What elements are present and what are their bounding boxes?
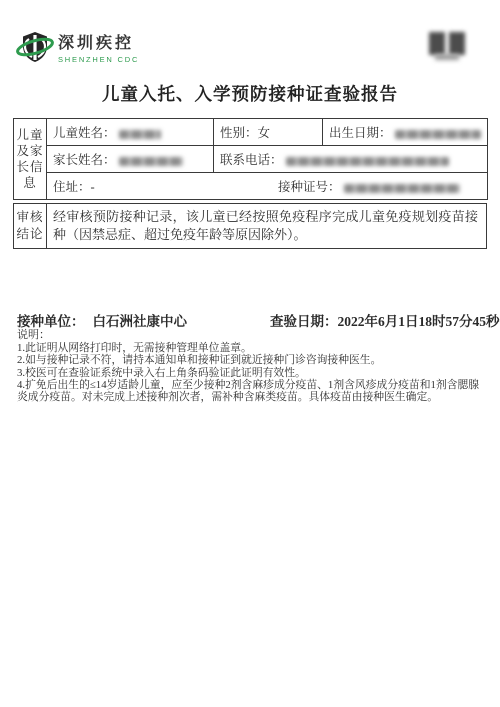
phone-label: 联系电话：	[220, 153, 283, 167]
side-header-line: 儿童	[14, 127, 46, 143]
parent-name-redacted-value	[119, 157, 183, 166]
side-header-line: 息	[14, 175, 46, 191]
side-header-line: 审核	[14, 209, 46, 226]
audit-conclusion-table: 审核 结论 经审核预防接种记录，该儿童已经按照免疫程序完成儿童免疫规划疫苗接种（…	[13, 203, 487, 249]
birth-date-redacted-value	[395, 130, 481, 139]
table-row: 家长姓名： 联系电话：	[14, 146, 488, 173]
stamp-shadow	[435, 54, 459, 60]
note-item: 2.如与接种记录不符，请持本通知单和接种证到就近接种门诊咨询接种医生。	[17, 354, 486, 366]
birth-date-label: 出生日期：	[329, 126, 392, 140]
table-row: 儿童 及家 长信 息 儿童姓名： 性别：女 出生日期：	[14, 119, 488, 146]
cert-no-redacted-value	[344, 184, 460, 193]
gender-value: 女	[258, 126, 271, 140]
notes-heading: 说明：	[17, 329, 486, 342]
cdc-logo-text: 深圳疾控 SHENZHEN CDC	[58, 30, 139, 64]
scanned-report-page: { "colors": { "accent_green": "#2e9b4e",…	[0, 0, 500, 707]
redacted-barcode-stamp	[427, 32, 469, 62]
cert-no-label: 接种证号：	[278, 180, 341, 194]
parent-name-label: 家长姓名：	[53, 153, 116, 167]
cdc-shield-icon	[16, 29, 54, 65]
note-item: 4.扩免后出生的≤14岁适龄儿童，应至少接种2剂含麻疹成分疫苗、1剂含风疹成分疫…	[17, 379, 486, 404]
note-item: 1.此证明从网络打印时，无需接种管理单位盖章。	[17, 342, 486, 354]
cdc-logo-en: SHENZHEN CDC	[58, 55, 139, 64]
stamp-block-left	[429, 32, 445, 55]
child-name-cell: 儿童姓名：	[47, 119, 214, 146]
vaccination-unit: 接种单位：白石洲社康中心	[17, 310, 187, 330]
parent-name-cell: 家长姓名：	[47, 146, 214, 173]
stamp-block-right	[449, 32, 465, 55]
unit-value: 白石洲社康中心	[93, 314, 188, 329]
inspection-date: 查验日期：2022年6月1日18时57分45秒	[270, 310, 500, 330]
gender-cell: 性别：女	[214, 119, 323, 146]
notes-section: 说明： 1.此证明从网络打印时，无需接种管理单位盖章。 2.如与接种记录不符，请…	[17, 329, 486, 403]
child-name-label: 儿童姓名：	[53, 126, 116, 140]
side-header-line: 长信	[14, 159, 46, 175]
conclusion-text: 经审核预防接种记录，该儿童已经按照免疫程序完成儿童免疫规划疫苗接种（因禁忌症、超…	[47, 204, 487, 249]
side-header-child-parent-info: 儿童 及家 长信 息	[14, 119, 47, 200]
cert-no-group: 接种证号：	[278, 177, 460, 195]
address-value: -	[91, 180, 95, 194]
date-value: 2022年6月1日18时57分45秒	[338, 314, 500, 329]
phone-redacted-value	[286, 157, 449, 166]
side-header-line: 结论	[14, 226, 46, 243]
cdc-logo: 深圳疾控 SHENZHEN CDC	[16, 29, 139, 65]
cdc-logo-cn: 深圳疾控	[58, 30, 139, 53]
side-header-audit-conclusion: 审核 结论	[14, 204, 47, 249]
page-title: 儿童入托、入学预防接种证查验报告	[0, 81, 500, 106]
birth-date-cell: 出生日期：	[323, 119, 488, 146]
unit-label: 接种单位：	[17, 314, 85, 329]
address-cell: 住址：- 接种证号：	[47, 173, 488, 200]
gender-label: 性别：	[220, 126, 258, 140]
table-row: 审核 结论 经审核预防接种记录，该儿童已经按照免疫程序完成儿童免疫规划疫苗接种（…	[14, 204, 487, 249]
table-row: 住址：- 接种证号：	[14, 173, 488, 200]
side-header-line: 及家	[14, 143, 46, 159]
phone-cell: 联系电话：	[214, 146, 488, 173]
date-label: 查验日期：	[270, 314, 338, 329]
address-label: 住址：	[53, 180, 91, 194]
child-parent-info-table: 儿童 及家 长信 息 儿童姓名： 性别：女 出生日期： 家长姓名： 联系电话： …	[13, 118, 488, 200]
note-item: 3.校医可在查验证系统中录入右上角条码验证此证明有效性。	[17, 367, 486, 379]
child-name-redacted-value	[119, 130, 161, 139]
